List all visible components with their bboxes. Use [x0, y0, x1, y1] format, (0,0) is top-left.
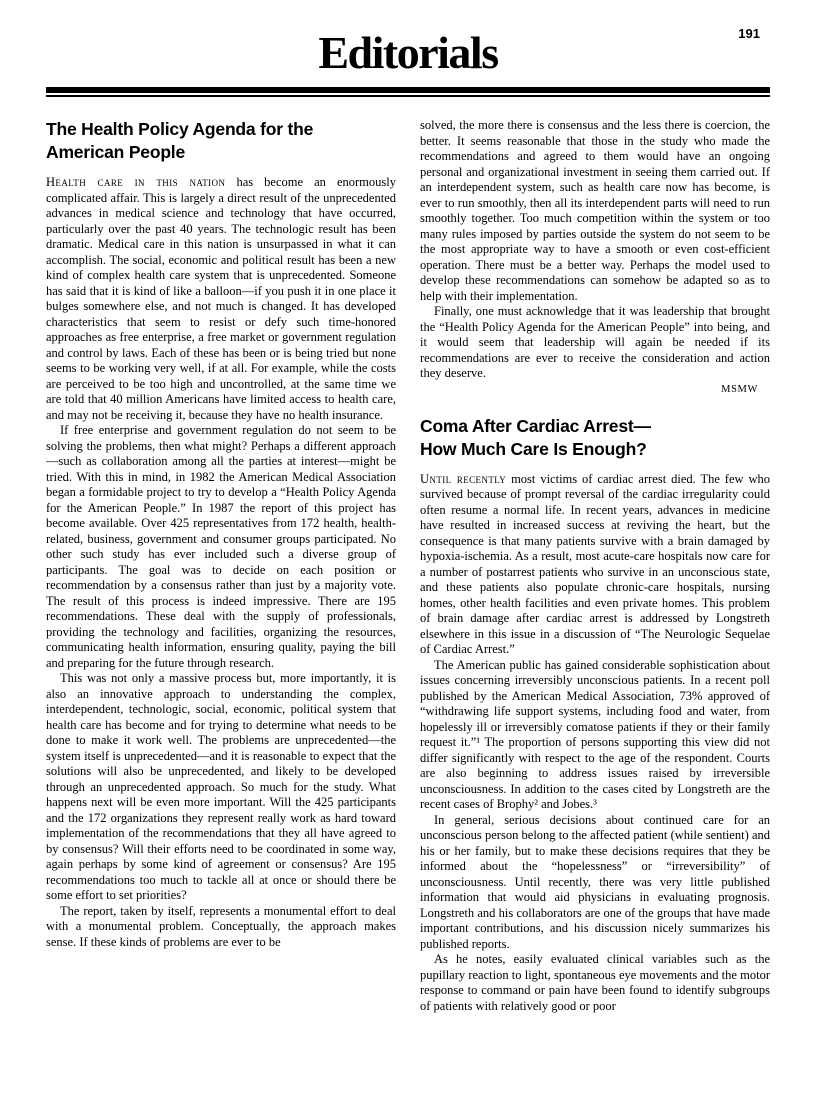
article-2-title-line-2: How Much Care Is Enough? [420, 438, 770, 461]
page-title: Editorials [0, 0, 816, 78]
article-2-paragraph-1: Until recently most victims of cardiac a… [420, 472, 770, 658]
header-rule [46, 87, 770, 97]
article-1-paragraph-1: Health care in this nation has become an… [46, 175, 396, 423]
article-2-paragraph-2: The American public has gained considera… [420, 658, 770, 813]
article-1-paragraph-1-text: has become an enormously complicated aff… [46, 175, 396, 422]
article-1-lead-in: Health care in this nation [46, 175, 225, 189]
article-1-title-line-2: American People [46, 141, 396, 164]
right-column: solved, the more there is consensus and … [420, 118, 770, 1014]
article-2-paragraph-1-text: most victims of cardiac arrest died. The… [420, 472, 770, 657]
article-2-title: Coma After Cardiac Arrest— How Much Care… [420, 415, 770, 461]
page-number: 191 [738, 26, 760, 41]
header-rule-thick [46, 87, 770, 93]
article-1-paragraph-3: This was not only a massive process but,… [46, 671, 396, 904]
article-2-paragraph-3: In general, serious decisions about cont… [420, 813, 770, 953]
article-2-paragraph-4: As he notes, easily evaluated clinical v… [420, 952, 770, 1014]
article-1-title-line-1: The Health Policy Agenda for the [46, 118, 396, 141]
journal-page: 191 Editorials The Health Policy Agenda … [0, 0, 816, 1093]
two-column-body: The Health Policy Agenda for the America… [0, 97, 816, 1014]
article-1-paragraph-4-left-part: The report, taken by itself, represents … [46, 904, 396, 951]
article-2-title-line-1: Coma After Cardiac Arrest— [420, 415, 770, 438]
article-1-author-initials: MSMW [420, 382, 770, 397]
article-1-title: The Health Policy Agenda for the America… [46, 118, 396, 164]
article-1-paragraph-5: Finally, one must acknowledge that it wa… [420, 304, 770, 382]
article-2-lead-in: Until recently [420, 472, 506, 486]
article-1-paragraph-4-right-part: solved, the more there is consensus and … [420, 118, 770, 304]
article-1-paragraph-2: If free enterprise and government regula… [46, 423, 396, 671]
left-column: The Health Policy Agenda for the America… [46, 118, 396, 1014]
